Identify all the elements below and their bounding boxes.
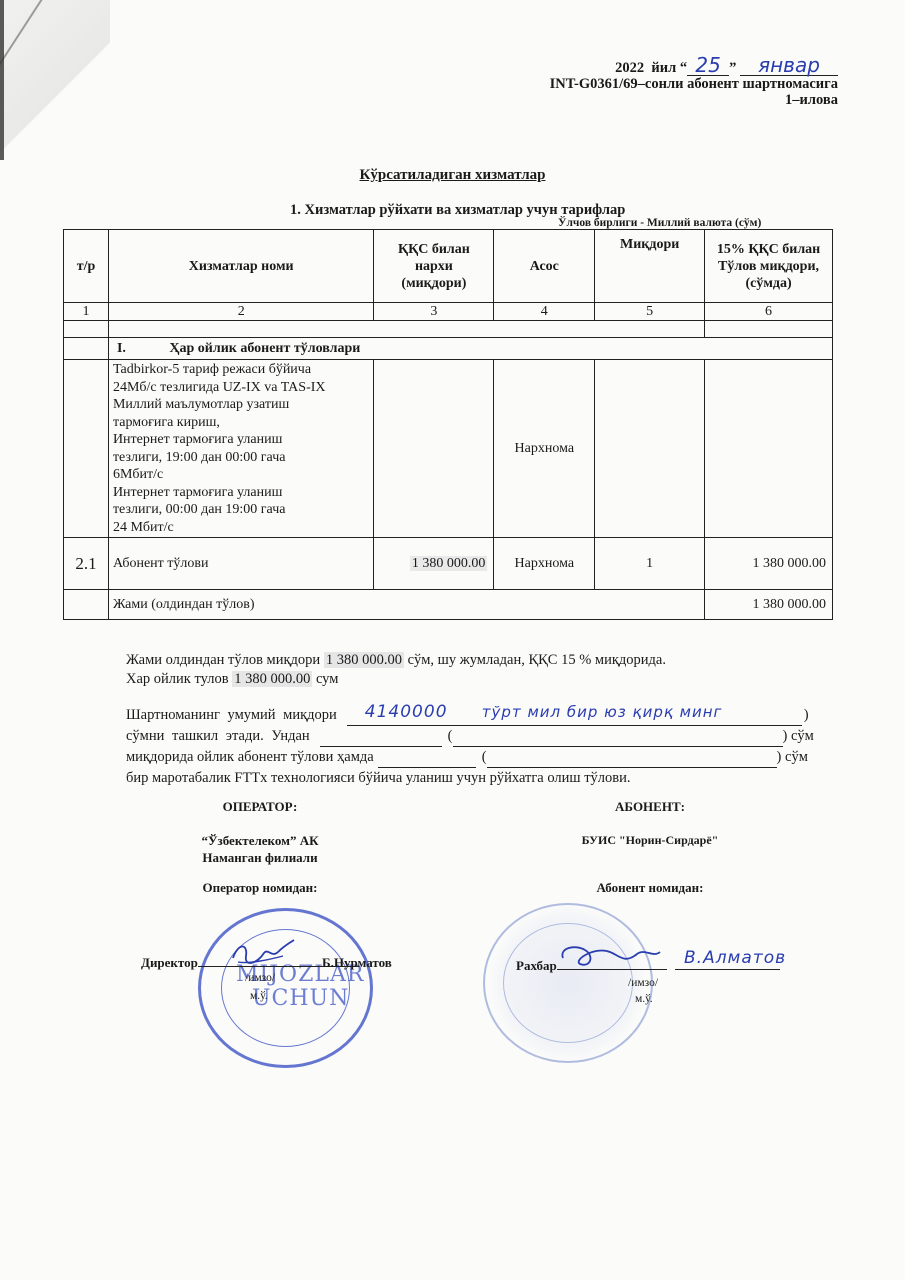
page-shadow-edge <box>0 0 4 160</box>
page-title: Кўрсатиладиган хизматлар <box>0 167 905 184</box>
header-service-name: Хизматлар номи <box>108 230 374 303</box>
description-basis: Нархнома <box>494 360 595 538</box>
prepayment-amount: 1 380 000.00 <box>324 652 404 668</box>
row-quantity: 1 <box>595 538 705 590</box>
registration-fee-words-field[interactable] <box>487 752 777 768</box>
operator-seal-label: м.ў. <box>250 990 268 1002</box>
total-value: 1 380 000.00 <box>705 590 833 620</box>
section-row: I. Ҳар ойлик абонент тўловлари <box>64 338 833 360</box>
subscriber-signature-icon <box>555 940 665 976</box>
row-basis: Нархнома <box>494 538 595 590</box>
header-basis: Асос <box>494 230 595 303</box>
operator-signature-icon <box>228 938 298 972</box>
summary-prepayment: Жами олдиндан тўлов миқдори 1 380 000.00… <box>126 651 666 670</box>
section-roman: I. <box>117 341 126 356</box>
row-name: Абонент тўлови <box>108 538 374 590</box>
operator-role: Директор <box>141 955 198 970</box>
total-label: Жами (олдиндан тўлов) <box>108 590 704 620</box>
subscriber-sign-label: /имзо/ <box>628 977 658 989</box>
header-no: т/р <box>64 230 109 303</box>
monthly-fee-field[interactable] <box>320 731 442 747</box>
year-word: йил <box>651 60 676 76</box>
registration-fee-field[interactable] <box>378 752 476 768</box>
contract-total-handwritten: 4140000 <box>365 704 448 720</box>
contract-total-field[interactable]: 4140000 тўрт мил бир юз қирқ минг <box>347 706 802 726</box>
document-header: 2022 йил “25” январ INT-G0361/69–сонли а… <box>550 58 838 108</box>
empty-row <box>64 321 833 338</box>
services-table: т/р Хизматлар номи ҚҚС билан нархи (миқд… <box>63 229 833 620</box>
contract-total-words-handwritten: тўрт мил бир юз қирқ минг <box>482 704 723 720</box>
folded-page-corner <box>0 0 110 165</box>
year: 2022 <box>615 60 644 76</box>
header-price-vat: ҚҚС билан нархи (миқдори) <box>374 230 494 303</box>
table-row: 2.1 Абонент тўлови 1 380 000.00 Нархнома… <box>64 538 833 590</box>
operator-name: Б.Нурматов <box>322 955 392 971</box>
total-row: Жами (олдиндан тўлов) 1 380 000.00 <box>64 590 833 620</box>
day-handwritten: 25 <box>695 53 720 77</box>
month-handwritten: январ <box>758 53 820 77</box>
service-description: Tadbirkor-5 тариф режаси бўйича 24Мб/с т… <box>108 360 374 538</box>
monthly-amount: 1 380 000.00 <box>232 671 312 687</box>
header-quantity: Миқдори <box>595 230 705 303</box>
operator-org: “Ўзбектелеком” АК Наманган филиали <box>160 832 360 866</box>
appendix-number: 1–илова <box>550 92 838 108</box>
section-label: Ҳар ойлик абонент тўловлари <box>169 341 360 356</box>
subscriber-name-handwritten: B.Алматов <box>684 950 786 966</box>
contract-total-paragraph: Шартноманинг умумий миқдори 4140000 тўрт… <box>126 705 841 789</box>
table-header-row: т/р Хизматлар номи ҚҚС билан нархи (миқд… <box>64 230 833 303</box>
column-number-row: 1 2 3 4 5 6 <box>64 303 833 321</box>
row-price: 1 380 000.00 <box>374 538 494 590</box>
subscriber-on-behalf: Абонент номидан: <box>560 879 740 896</box>
contract-reference: INT-G0361/69–сонли абонент шартномасига <box>550 76 838 92</box>
subscriber-org: БУИС "Норин-Сирдарё" <box>530 832 770 849</box>
subscriber-role: Рахбар <box>516 958 557 973</box>
monthly-fee-words-field[interactable] <box>453 731 783 747</box>
operator-heading: ОПЕРАТОР: <box>180 798 340 815</box>
row-number: 2.1 <box>64 538 109 590</box>
unit-note: Ўлчов бирлиги - Миллий валюта (сўм) <box>558 217 761 229</box>
operator-sign-label: /имзо/ <box>245 972 275 984</box>
date-line: 2022 йил “25” январ <box>550 58 838 76</box>
header-total-vat: 15% ҚҚС билан Тўлов миқдори, (сўмда) <box>705 230 833 303</box>
summary-monthly: Хар ойлик тулов 1 380 000.00 сум <box>126 670 338 689</box>
row-total: 1 380 000.00 <box>705 538 833 590</box>
subscriber-heading: АБОНЕНТ: <box>570 798 730 815</box>
subscriber-seal-label: м.ў. <box>635 993 653 1005</box>
service-description-row: Tadbirkor-5 тариф режаси бўйича 24Мб/с т… <box>64 360 833 538</box>
operator-on-behalf: Оператор номидан: <box>170 879 350 896</box>
